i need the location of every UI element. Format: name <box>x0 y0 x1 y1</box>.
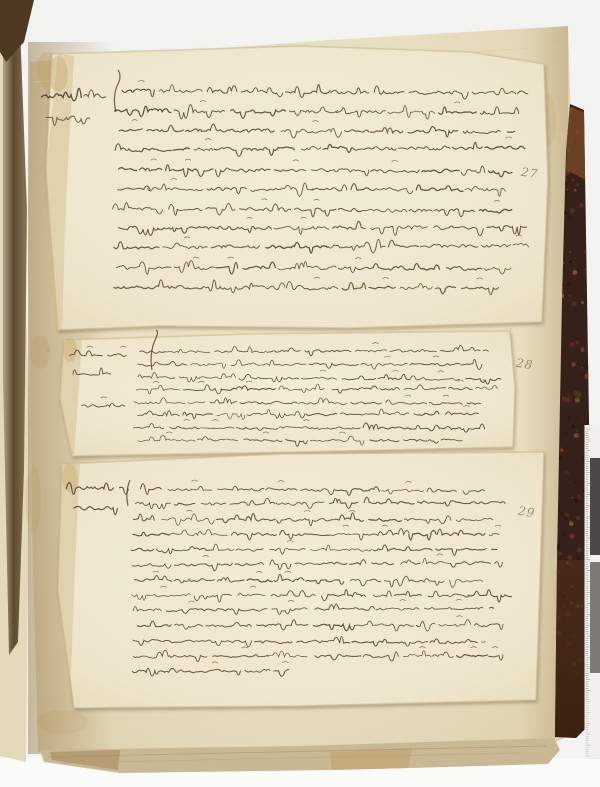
marble-speckle <box>569 521 574 526</box>
marble-speckle <box>563 534 565 536</box>
marble-speckle <box>586 423 588 425</box>
fragment-stain-blotch <box>62 464 78 492</box>
marble-speckle <box>569 295 572 298</box>
marble-speckle <box>566 433 568 435</box>
marble-speckle <box>575 397 580 402</box>
photo-scale-ruler <box>585 425 600 759</box>
marble-speckle <box>568 417 570 419</box>
marble-speckle <box>570 208 575 213</box>
fragment-1 <box>42 46 548 330</box>
marble-speckle <box>577 557 580 560</box>
marble-speckle <box>580 348 584 352</box>
marble-speckle <box>577 547 582 552</box>
marble-speckle <box>563 515 567 519</box>
fragment-paper <box>60 331 515 456</box>
scene-canvas <box>0 0 600 787</box>
marble-speckle <box>574 257 575 258</box>
fragment-stain-blotch <box>63 338 77 362</box>
marble-speckle <box>583 363 587 367</box>
marble-speckle <box>569 260 572 263</box>
marble-speckle <box>570 534 574 538</box>
foxing-dot <box>47 349 50 352</box>
marble-speckle <box>576 516 580 520</box>
marble-speckle <box>572 425 576 429</box>
folio-number-27: 27 <box>520 165 539 182</box>
marble-speckle <box>571 362 575 366</box>
fragment-3 <box>58 452 544 708</box>
fragment-stain-blotch <box>48 56 68 92</box>
photograph-of-bound-manuscript-volume: 27 28 29 <box>0 0 600 787</box>
marble-speckle <box>566 398 571 403</box>
marble-speckle <box>571 178 575 182</box>
folio-number-29: 29 <box>517 504 536 521</box>
marble-speckle <box>581 367 583 369</box>
marble-speckle <box>558 552 561 555</box>
marble-speckle <box>581 481 583 483</box>
marble-speckle <box>569 250 572 253</box>
marble-speckle <box>571 497 573 499</box>
marble-speckle <box>567 555 572 560</box>
marble-speckle <box>582 417 584 419</box>
marble-speckle <box>576 184 579 187</box>
marble-speckle <box>574 433 579 438</box>
marble-speckle <box>560 512 562 514</box>
folio-number-28: 28 <box>515 356 534 373</box>
marble-speckle <box>566 188 569 191</box>
marble-speckle <box>560 448 564 452</box>
gray-patch-light <box>590 562 600 673</box>
marble-speckle <box>579 203 583 207</box>
marble-speckle <box>574 481 576 483</box>
fragment-2 <box>60 330 515 456</box>
marble-speckle <box>570 342 575 347</box>
marble-speckle <box>576 341 580 345</box>
manuscript-fragments <box>42 46 548 708</box>
marble-speckle <box>564 470 569 475</box>
marble-speckle <box>568 305 569 306</box>
marble-speckle <box>574 189 577 192</box>
gray-patch-dark <box>590 458 600 555</box>
marble-speckle <box>568 214 573 219</box>
marble-speckle <box>577 495 582 500</box>
marble-speckle <box>573 302 577 306</box>
marble-speckle <box>573 390 578 395</box>
marble-speckle <box>581 301 584 304</box>
marble-speckle <box>573 270 578 275</box>
marble-speckle <box>576 430 578 432</box>
marble-speckle <box>566 282 570 286</box>
